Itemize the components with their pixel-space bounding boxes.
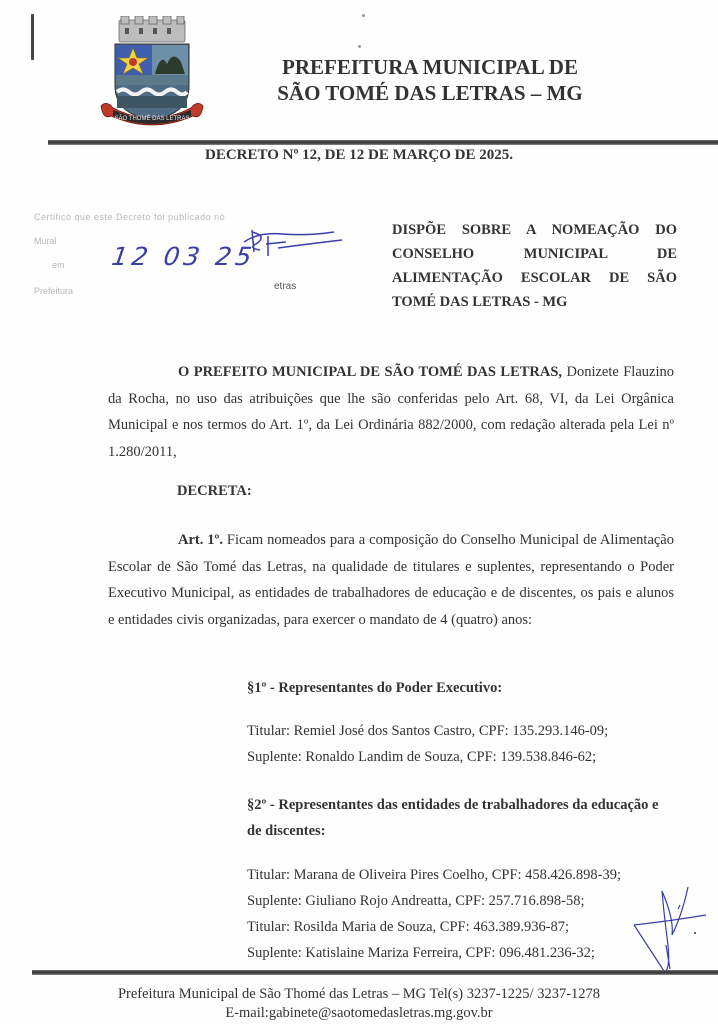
footer-divider bbox=[32, 970, 718, 975]
municipal-coat-of-arms-icon: SÃO THOMÉ DAS LETRAS bbox=[97, 16, 207, 128]
binder-mark bbox=[31, 14, 34, 60]
decree-title: DECRETO Nº 12, DE 12 DE MARÇO DE 2025. bbox=[0, 147, 718, 164]
handwritten-initials-icon bbox=[238, 222, 348, 262]
footer-contact: Prefeitura Municipal de São Thomé das Le… bbox=[0, 985, 718, 1004]
decree-summary: DISPÕE SOBRE A NOMEAÇÃO DO CONSELHO MUNI… bbox=[392, 218, 677, 314]
preamble-lead: O PREFEITO MUNICIPAL DE SÃO TOMÉ DAS LET… bbox=[178, 364, 562, 380]
section-heading: §2º - Representantes das entidades de tr… bbox=[247, 792, 675, 844]
svg-text:SÃO THOMÉ DAS LETRAS: SÃO THOMÉ DAS LETRAS bbox=[115, 115, 190, 122]
section-1-members: Titular: Remiel José dos Santos Castro, … bbox=[247, 718, 675, 770]
section-heading: §1º - Representantes do Poder Executivo: bbox=[247, 675, 675, 701]
header-title-line1: PREFEITURA MUNICIPAL DE bbox=[230, 54, 630, 80]
member-entry: Suplente: Giuliano Rojo Andreatta, CPF: … bbox=[247, 888, 675, 914]
summary-line: ALIMENTAÇÃO ESCOLAR DE SÃO bbox=[392, 266, 677, 290]
handwritten-date: 12 03 25 bbox=[110, 242, 257, 271]
stamp-line: em bbox=[52, 260, 65, 270]
stamp-line: Mural bbox=[34, 236, 57, 246]
signature-icon bbox=[630, 885, 715, 975]
section-2-heading: §2º - Representantes das entidades de tr… bbox=[247, 792, 675, 844]
member-entry: Titular: Marana de Oliveira Pires Coelho… bbox=[247, 862, 675, 888]
member-entry: Titular: Remiel José dos Santos Castro, … bbox=[247, 718, 675, 744]
decreta-heading: DECRETA: bbox=[177, 483, 252, 500]
summary-line: TOMÉ DAS LETRAS - MG bbox=[392, 290, 677, 314]
header-title-line2: SÃO TOMÉ DAS LETRAS – MG bbox=[230, 80, 630, 106]
member-entry: Suplente: Ronaldo Landim de Souza, CPF: … bbox=[247, 744, 675, 770]
footer-email: E-mail:gabinete@saotomedasletras.mg.gov.… bbox=[0, 1004, 718, 1023]
stamp-line: Prefeitura bbox=[34, 286, 73, 296]
member-entry: Suplente: Katislaine Mariza Ferreira, CP… bbox=[247, 940, 675, 966]
scan-speck bbox=[362, 14, 365, 17]
summary-line: CONSELHO MUNICIPAL DE bbox=[392, 242, 677, 266]
section-2-members: Titular: Marana de Oliveira Pires Coelho… bbox=[247, 862, 675, 966]
section-1-heading: §1º - Representantes do Poder Executivo: bbox=[247, 675, 675, 701]
article-1-paragraph: Art. 1º. Ficam nomeados para a composiçã… bbox=[108, 527, 674, 633]
stamp-line: Certifico que este Decreto foi publicado… bbox=[34, 212, 225, 222]
header-divider bbox=[48, 140, 718, 145]
summary-line: DISPÕE SOBRE A NOMEAÇÃO DO bbox=[392, 218, 677, 242]
municipality-header: PREFEITURA MUNICIPAL DE SÃO TOMÉ DAS LET… bbox=[230, 54, 630, 106]
article-1-lead: Art. 1º. bbox=[178, 532, 223, 548]
stamp-line: etras bbox=[274, 281, 296, 292]
page-footer: Prefeitura Municipal de São Thomé das Le… bbox=[0, 985, 718, 1023]
scan-speck bbox=[358, 45, 361, 48]
preamble-paragraph: O PREFEITO MUNICIPAL DE SÃO TOMÉ DAS LET… bbox=[108, 359, 674, 465]
member-entry: Titular: Rosilda Maria de Souza, CPF: 46… bbox=[247, 914, 675, 940]
